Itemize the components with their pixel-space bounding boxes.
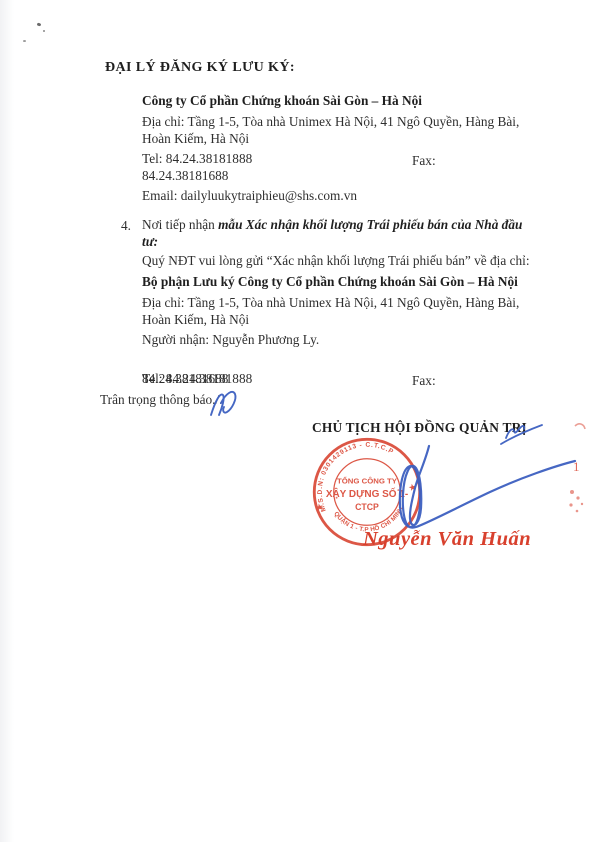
agent-tel-fax-row: Tel: 84.24.38181888 Fax: bbox=[142, 150, 472, 167]
agent-fax-label: Fax: bbox=[412, 152, 436, 169]
item4-department: Bộ phận Lưu ký Công ty Cổ phần Chứng kho… bbox=[142, 273, 518, 290]
item4-address: Địa chỉ: Tầng 1-5, Tòa nhà Unimex Hà Nội… bbox=[142, 294, 524, 328]
section-heading-registration-agent: ĐẠI LÝ ĐĂNG KÝ LƯU KÝ: bbox=[105, 59, 295, 76]
item4-lead-text: Nơi tiếp nhận bbox=[142, 217, 218, 232]
agent-company-name: Công ty Cổ phần Chứng khoán Sài Gòn – Hà… bbox=[142, 92, 422, 109]
item4-number: 4. bbox=[121, 217, 131, 234]
signer-name: Nguyễn Văn Huấn bbox=[363, 528, 531, 551]
agent-email: Email: dailyluukytraiphieu@shs.com.vn bbox=[142, 187, 357, 204]
item4-fax-label: Fax: bbox=[412, 372, 436, 389]
scan-speck bbox=[43, 30, 45, 32]
agent-tel: Tel: 84.24.38181888 bbox=[142, 151, 252, 166]
edge-fragment-digit: 1 bbox=[573, 459, 580, 474]
scanned-document-page: ĐẠI LÝ ĐĂNG KÝ LƯU KÝ: Công ty Cổ phần C… bbox=[0, 0, 593, 842]
item4-instruction: Quý NĐT vui lòng gửi “Xác nhận khối lượn… bbox=[142, 252, 530, 269]
agent-tel-2: 84.24.38181688 bbox=[142, 167, 228, 184]
item4-recipient: Người nhận: Nguyễn Phương Ly. bbox=[142, 331, 319, 348]
agent-address: Địa chỉ: Tầng 1-5, Tòa nhà Unimex Hà Nội… bbox=[142, 113, 524, 147]
scan-speck bbox=[23, 40, 26, 42]
item4-lead-line: Nơi tiếp nhận mẫu Xác nhận khối lượng Tr… bbox=[142, 216, 539, 250]
scan-speck bbox=[37, 22, 42, 26]
edge-stamp-fragment: 1 bbox=[563, 418, 593, 523]
handwritten-initials-closing bbox=[197, 384, 252, 422]
